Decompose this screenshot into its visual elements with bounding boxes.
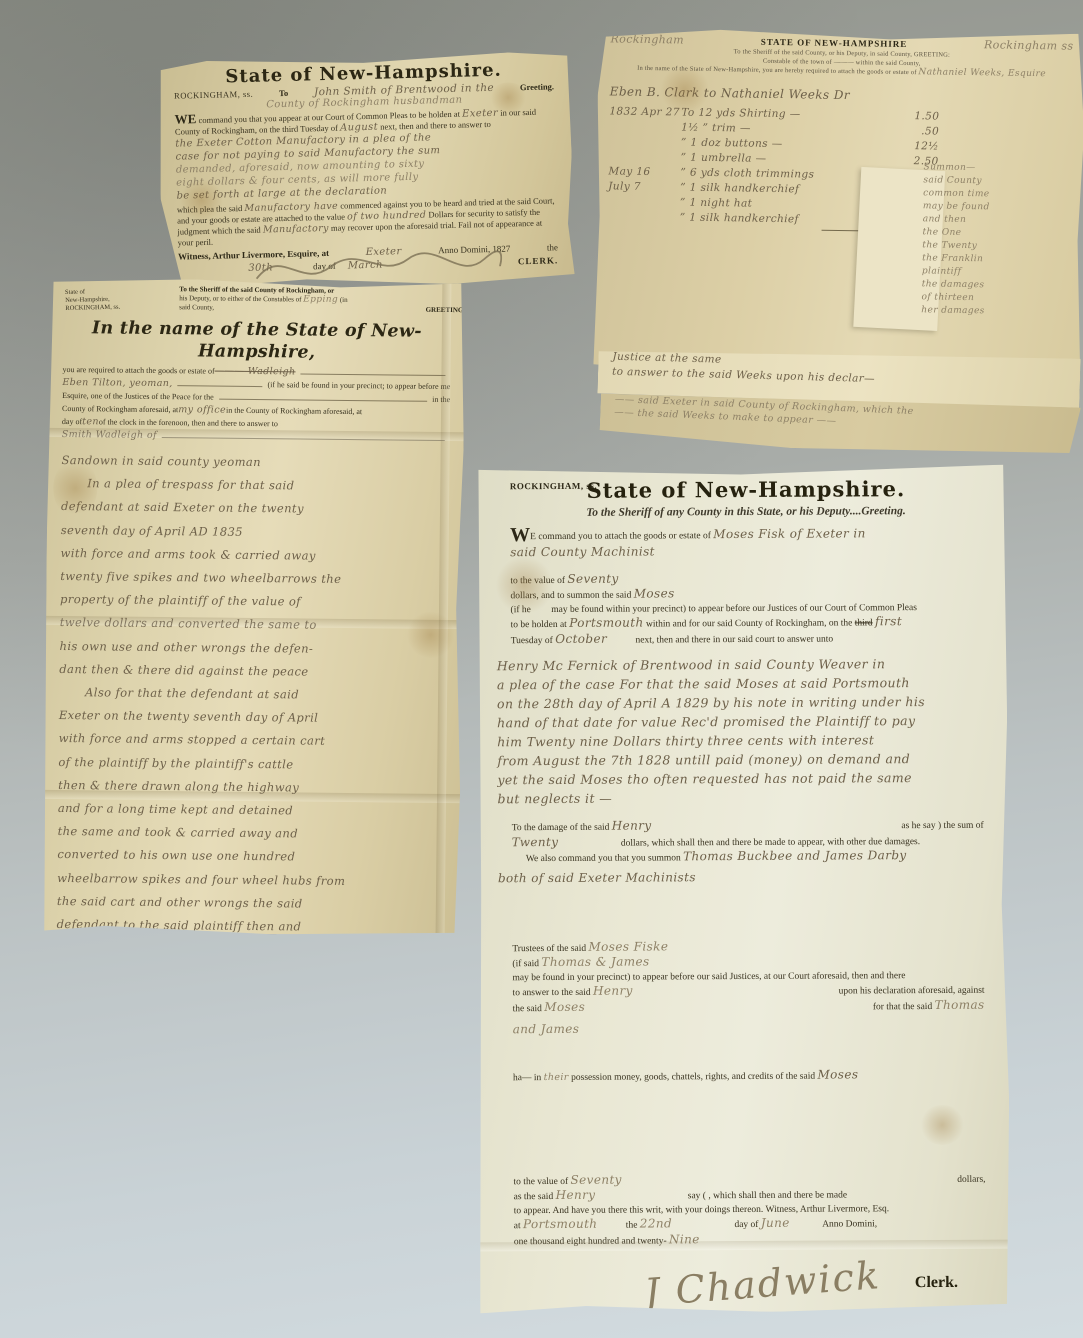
handwriting-fragment: her damages [921,304,1071,319]
print-text: the [547,242,558,253]
print-text: may recover upon the aforesaid trial. [331,220,456,233]
handwriting-text: October [555,631,607,645]
form-line: the said Moses for that the said Thomas [513,998,985,1016]
form-line: Tuesday of October next, then and there … [511,630,983,648]
handwriting-text: Thomas [935,997,985,1011]
doc3-handwritten-body: Sandown in said county yeoman In a plea … [56,449,449,964]
print-text: day of [62,415,82,428]
ledger-date [609,144,681,145]
print-text: dollars, which shall then and there be m… [621,837,920,849]
print-text: day of [734,1220,758,1230]
handwriting-text: June [761,1216,790,1230]
print-text: Tuesday of [300,123,338,134]
form-line: one thousand eight hundred and twenty- N… [514,1231,986,1249]
print-text: in the [432,393,450,406]
doc4-possession-line: ha— in their possession money, goods, ch… [513,1068,985,1086]
handwriting-line: there did against the peace [56,936,444,963]
handwriting-text: Eben Tilton, yeoman, [62,376,173,390]
stain [919,1105,965,1145]
document-1827-writ: State of New-Hampshire. ROCKINGHAM, ss. … [157,51,574,291]
doc2-margin-notes: Summon— said County common time may be f… [921,161,1073,319]
handwriting-text: Portsmouth [523,1217,597,1231]
handwriting-line: from August the 7th 1828 untill paid (mo… [497,749,983,771]
print-text: at [514,1221,521,1231]
form-line: We also command you that you summon Thom… [512,849,984,867]
form-line: To the damage of the said Henry as he sa… [512,818,984,836]
doc4-closing-block: to the value of Seventy dollars, as the … [513,1171,985,1249]
print-text: for that the said [873,1002,932,1012]
print-text: next, then and there to answer to [380,119,491,132]
form-line: (if he may be found within your precinct… [511,601,983,617]
handwriting-text: first [875,614,902,628]
doc4-plea-paragraph: Henry Mc Fernick of Brentwood in said Co… [497,654,984,809]
photograph-of-documents: State of New-Hampshire. ROCKINGHAM, ss. … [0,0,1083,1338]
doc3-title: In the name of the State of New-Hampshir… [63,317,451,365]
handwriting-line: yet the said Moses tho often requested h… [497,768,983,790]
handwriting-line: him Twenty nine Dollars thirty three cen… [497,730,983,752]
print-text: We also command you that you summon [526,853,681,864]
doc3-head-line3: said County, GREETING. [179,303,465,315]
doc4-damage-block: To the damage of the said Henry as he sa… [512,818,984,885]
print-text: Anno Domini, [822,1219,877,1229]
print-text: which plea the said [177,203,243,215]
handwriting-text: ——— Wadleigh [215,365,296,379]
handwriting-text: Henry [593,984,633,998]
ledger-amount: 1.50 [895,109,939,125]
print-text: County of Rockingham aforesaid, at [62,402,178,416]
print-text: as the said [514,1192,554,1202]
handwriting-text: my office [178,403,226,416]
ruled-blank [301,373,446,376]
handwriting-text: Twenty [512,834,559,848]
handwriting-line: Henry Mc Fernick of Brentwood in said Co… [497,654,983,676]
handwriting-text: Moses [544,999,585,1013]
ruled-blank [219,399,427,402]
print-text: Tuesday of [511,635,553,645]
doc1-county: ROCKINGHAM, ss. [174,89,253,102]
doc4-subtitle: To the Sheriff of any County in this Sta… [510,505,982,519]
print-text: GREETING. [426,306,466,315]
ledger-date [609,159,681,160]
print-text: said County, [179,303,214,312]
handwriting-text: Thomas & James [541,954,649,969]
doc1-which-paragraph: which plea the said Manufactory have com… [177,195,558,248]
handwriting-line: but neglects it — [497,787,983,809]
doc4-signature-row: J Chadwick Clerk. [514,1261,986,1307]
handwriting-text: ten [82,415,99,428]
handwriting-text: Seventy [567,571,618,585]
doc1-clerk-label: CLERK. [518,255,559,267]
print-text: as he say ) the sum of [901,820,983,834]
print-text: (if he said be found in your precinct; t… [267,378,450,393]
form-line: Smith Wadleigh of [62,428,450,445]
handwriting-text: Nathaniel Weeks, Esquire [918,67,1046,79]
handwriting-line: defendant at said Exeter on the twenty [61,495,449,522]
print-text: next, then and there in our said court t… [635,634,833,645]
print-text: (if he [511,605,531,615]
handwriting-text: Portsmouth [569,616,643,630]
print-text: (if said [512,959,539,969]
handwriting-text: Thomas Buckbee and James Darby [683,848,907,863]
ledger-amount: 12½ [895,139,939,155]
handwriting-text: Henry [556,1188,596,1202]
print-text: dollars, and to summon the said [510,591,631,602]
ledger-date: May 16 [608,164,680,180]
print-text: ROCKINGHAM, ss. [65,304,120,313]
print-text: within and for our said County of Rockin… [646,618,852,629]
handwriting-text: Exeter [462,108,498,120]
ledger-date [608,204,680,205]
handwriting-text: Moses Fiske [588,939,668,953]
doc3-head-block: To the Sheriff of the said County of Roc… [179,285,465,315]
handwriting-text: Moses Fisk of Exeter in [713,526,866,541]
print-text-struck: third [855,618,873,628]
doc4-clerk-label: Clerk. [915,1274,958,1292]
handwriting-line: a plea of the case For that the said Mos… [497,673,983,695]
print-text: say ( , which shall then and there be ma… [688,1190,847,1201]
print-text: E command you to attach the goods or est… [530,531,711,542]
print-text: To [279,88,288,99]
document-1829-attachment-writ: ROCKINGHAM, ss. State of New-Hampshire. … [476,465,1010,1314]
print-text: Greeting. [520,81,554,93]
ledger-date [608,219,680,220]
ledger-date [609,129,681,130]
handwriting-line: hand of that date for value Rec'd promis… [497,711,983,733]
print-text: To the damage of the said [512,823,610,834]
print-text: one thousand eight hundred and twenty- [514,1236,667,1247]
handwriting-line: both of said Exeter Machinists [498,868,984,885]
handwriting-line: and James [513,1020,985,1036]
print-text: his Deputy, or to either of the Constabl… [179,294,301,303]
handwriting-line: defendant to the said plaintiff then and [57,913,445,940]
print-text: WE [174,111,196,127]
handwriting-text: Epping [303,294,338,304]
handwriting-text: Nine [669,1232,700,1246]
handwriting-text: Moses [817,1067,858,1081]
doc3-corner-block: State of New-Hampshire, ROCKINGHAM, ss. [65,288,120,313]
doc4-trustee-block: Trustees of the said Moses Fiske (if sai… [512,938,984,1036]
doc3-form-block: you are required to attach the goods or … [62,363,451,445]
drop-cap-W: W [510,524,530,546]
print-text: (in [340,296,348,304]
print-text: the [626,1221,638,1231]
clerk-signature-flourish [252,247,503,287]
ledger-date: July 7 [608,179,680,195]
handwriting-text: Smith Wadleigh of [62,428,157,442]
handwriting-text: their [544,1072,569,1083]
print-text: to answer to the said [513,988,591,998]
handwriting-text: Moses [634,586,675,600]
handwriting-text: Rockingham [610,32,684,46]
ledger-date: 1832 Apr 27 [609,104,681,120]
handwriting-text: Seventy [570,1172,621,1186]
print-text: to be holden at [511,620,567,630]
print-text: Trustees of the said [512,943,586,953]
ledger-amount: .50 [895,124,939,140]
print-text: to the value of [510,575,565,585]
ruled-blank [178,385,263,387]
print-text: dollars, [957,1173,985,1187]
print-text: the said [513,1004,542,1014]
handwriting-text: Henry [612,818,652,832]
doc4-value-block: to the value of Seventy dollars, and to … [510,570,982,648]
handwriting-text: Rockingham ss [984,38,1074,52]
document-1835-trespass-writ: State of New-Hampshire, ROCKINGHAM, ss. … [43,278,466,936]
print-text: ha— in [513,1073,541,1083]
print-text: may be found within your precinct) to ap… [551,603,917,615]
clerk-signature: J Chadwick [643,1253,882,1315]
print-text: possession money, goods, chattels, right… [571,1072,815,1083]
handwriting-text: 22nd [640,1216,672,1230]
print-text: to the value of [514,1176,569,1186]
handwriting-line: said County Machinist [510,542,982,558]
document-account-summons: Rockingham STATE OF NEW-HAMPSHIRE Rockin… [593,26,1083,379]
doc2-account-heading: Eben B. Clark to Nathaniel Weeks Dr [610,84,1073,105]
handwriting-line: on the 28th day of April A 1829 by his n… [497,692,983,714]
handwriting-text: Manufactory [263,223,329,236]
ruled-blank [162,437,445,441]
